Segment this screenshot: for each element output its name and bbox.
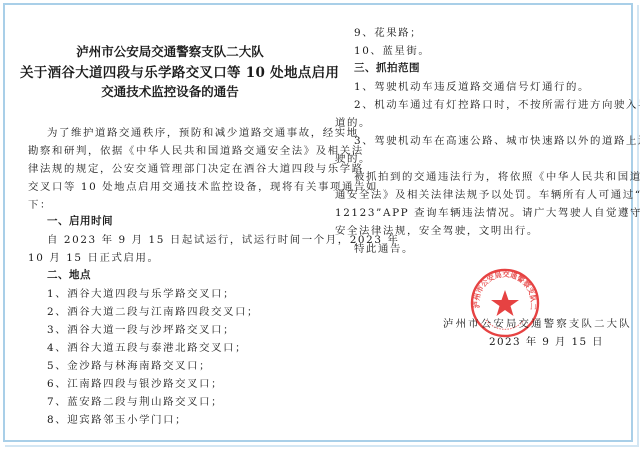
closing-line: 12123”APP 查询车辆违法情况。请广大驾驶人自觉遵守道路交通 [335,204,640,219]
intro-line: 为了维护道路交通秩序，预防和减少道路交通事故，经实地 [47,124,359,139]
title-sub: 交通技术监控设备的通告 [20,82,320,100]
section-heading-locations: 二、地点 [47,267,91,282]
location-item: 7、蓝安路二段与荆山路交叉口； [47,393,223,408]
title-issuer: 泸州市公安局交通警察支队二大队 [20,42,320,60]
location-item: 5、金沙路与林海南路交叉口； [47,357,211,372]
scope-line: 3、驾驶机动车在高速公路、城市快速路以外的道路上逆向行 [354,132,640,147]
scope-line: 道的。 [335,114,371,129]
closing-line: 安全法律法规，安全驾驶，文明出行。 [335,222,539,237]
location-item: 4、酒谷大道五段与泰港北路交叉口； [47,339,247,354]
section-heading-start-time: 一、启用时间 [47,213,113,228]
start-time-line: 10 月 15 日正式启用。 [28,249,160,264]
location-item: 2、酒谷大道二段与江南路四段交叉口； [47,303,259,318]
intro-line: 律法规的规定，公安交通管理部门决定在酒谷大道四段与乐学路 [28,160,364,175]
signature-date: 2023 年 9 月 15 日 [489,333,604,348]
closing-final: 特此通告。 [354,240,414,255]
closing-line: 被抓拍到的交通违法行为，将依照《中华人民共和国道路交 [354,168,640,183]
scope-line: 驶的。 [335,150,371,165]
closing-line: 通安全法》及相关法律法规予以处罚。车辆所有人可通过“交管 [335,186,640,201]
location-item: 6、江南路四段与银沙路交叉口； [47,375,223,390]
signature-org: 泸州市公安局交通警察支队二大队 [443,315,632,330]
location-item: 10、蓝星街。 [354,42,430,57]
location-item: 9、花果路； [354,24,422,39]
scope-line: 1、驾驶机动车违反道路交通信号灯通行的。 [354,78,590,93]
section-heading-capture-scope: 三、抓拍范围 [354,60,420,75]
intro-line: 勘察和研判，依据《中华人民共和国道路交通安全法》及相关法 [28,142,364,157]
location-item: 1、酒谷大道四段与乐学路交叉口； [47,285,235,300]
intro-line: 交叉口等 10 处地点启用交通技术监控设备，现将有关事项通告如 [28,178,378,193]
location-item: 3、酒谷大道一段与沙坪路交叉口； [47,321,235,336]
location-item: 8、迎宾路邻玉小学门口； [47,411,187,426]
intro-line: 下： [28,196,52,211]
title-main: 关于酒谷大道四段与乐学路交叉口等 10 处地点启用 [20,61,320,81]
scope-line: 2、机动车通过有灯控路口时，不按所需行进方向驶入导向车 [354,96,640,111]
